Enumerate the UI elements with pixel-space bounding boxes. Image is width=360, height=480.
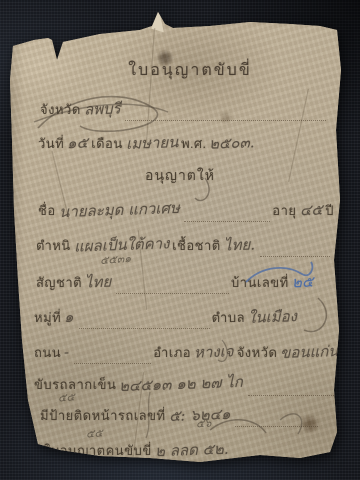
- paper-crease: [146, 28, 156, 143]
- document-title: ใบอนุญาตขับขี่: [128, 62, 252, 79]
- house-label: บ้านเลขที่: [231, 272, 289, 293]
- pencil-mark: ๕๕๓๑: [99, 249, 131, 269]
- mark-label: ตำหนิ: [36, 235, 71, 256]
- vehicle-line: ขับรถลากเข็น ๒๔๕๑๓ ๑๒ ๒๗ ไก: [34, 372, 344, 396]
- date-line: วันที่ ๑๕ เดือน เมษายน พ.ศ. ๒๕๐๓.: [38, 131, 326, 155]
- dotted-rule: [235, 423, 318, 427]
- vehicle-value: ๒๔๕๑๓ ๑๒ ๒๗ ไก: [116, 370, 247, 399]
- race-value: ไทย.: [220, 232, 258, 257]
- amphoe-value: หางเจ: [191, 339, 237, 365]
- year-value: ๒๕๐๓.: [206, 130, 258, 156]
- village-value: ๑: [61, 305, 77, 330]
- grant-heading-line: อนุญาตให้: [0, 165, 360, 187]
- photo-background: ใบอนุญาตขับขี่ จังหวัด ลพบุรี วันที่ ๑๕ …: [0, 0, 360, 480]
- pencil-flourish: [304, 298, 326, 332]
- license-line: ใบอนุญาตคนขับขี่ ๒ ลลด ๕๒.: [44, 438, 300, 462]
- document-paper: ใบอนุญาตขับขี่ จังหวัด ลพบุรี วันที่ ๑๕ …: [0, 0, 360, 480]
- age-value: ๔๕: [296, 198, 326, 223]
- road-value: -: [61, 343, 73, 361]
- dotted-rule: [233, 458, 298, 462]
- pencil-mark: ๕๖: [195, 413, 212, 432]
- amphoe-label: อำเภอ: [153, 342, 191, 363]
- dotted-rule: [260, 253, 330, 257]
- dotted-rule: [248, 392, 342, 396]
- changwat-label: จังหวัด: [237, 342, 278, 363]
- month-label: เดือน: [91, 133, 123, 154]
- village-line: หมู่ที่ ๑ ตำบล ในเมือง: [34, 305, 300, 329]
- province-line: จังหวัด ลพบุรี: [40, 97, 328, 121]
- road-line: ถนน - อำเภอ หางเจ จังหวัด ขอนแก่น: [34, 340, 342, 364]
- license-label: ใบอนุญาตคนขับขี่: [44, 440, 152, 461]
- pencil-mark: ๕๕: [85, 423, 103, 442]
- name-value: นายละมุด แกวเศษ: [55, 196, 183, 224]
- name-line: ชื่อ นายละมุด แกวเศษ อายุ ๔๕ ปี: [38, 198, 334, 222]
- name-label: ชื่อ: [38, 200, 56, 221]
- day-label: วันที่: [38, 133, 64, 154]
- year-label: พ.ศ.: [181, 133, 206, 154]
- village-label: หมู่ที่: [34, 307, 61, 328]
- plate-line: มีป้ายติดหน้ารถเลขที่ ๕: ๖๒๔๑: [40, 403, 320, 427]
- paper-tear-flap: [151, 8, 166, 33]
- day-value: ๑๕: [64, 131, 92, 156]
- nationality-label: สัญชาติ: [36, 272, 82, 293]
- nationality-value: ไทย: [82, 269, 115, 294]
- month-value: เมษายน: [122, 130, 181, 156]
- paper-shadow: ใบอนุญาตขับขี่ จังหวัด ลพบุรี วันที่ ๑๕ …: [0, 0, 360, 480]
- tambon-value: ในเมือง: [245, 304, 301, 330]
- age-unit: ปี: [325, 200, 334, 221]
- license-value: ๒ ลลด ๕๒.: [151, 437, 231, 464]
- race-label: เชื้อชาติ: [172, 235, 221, 256]
- dotted-rule: [184, 218, 270, 222]
- tambon-label: ตำบล: [212, 307, 245, 328]
- mark-line: ตำหนิ แผลเป็นใต้คาง เชื้อชาติ ไทย.: [36, 233, 332, 257]
- house-no-value: ๒๕: [288, 270, 316, 295]
- road-label: ถนน: [34, 342, 61, 363]
- age-label: อายุ: [272, 200, 296, 221]
- plate-label: มีป้ายติดหน้ารถเลขที่: [40, 405, 166, 426]
- grant-heading: อนุญาตให้: [145, 169, 215, 184]
- province-value: ลพบุรี: [80, 96, 123, 121]
- vehicle-label: ขับรถลากเข็น: [34, 374, 116, 395]
- dotted-rule: [116, 290, 229, 294]
- pencil-mark: ๕๕: [57, 387, 75, 406]
- province-label: จังหวัด: [40, 99, 81, 120]
- changwat-value: ขอนแก่น: [277, 339, 342, 365]
- dotted-rule: [79, 325, 210, 329]
- dotted-rule: [125, 117, 326, 121]
- nationality-line: สัญชาติ ไทย บ้านเลขที่ ๒๕: [36, 270, 316, 294]
- dotted-rule: [74, 360, 151, 364]
- document-title-line: ใบอนุญาตขับขี่: [60, 58, 320, 83]
